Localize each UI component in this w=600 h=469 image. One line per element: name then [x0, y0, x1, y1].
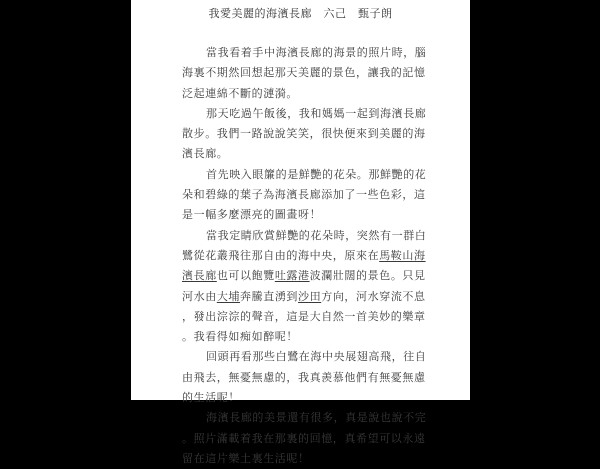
paragraph-4-text: 也可以飽覽	[217, 269, 275, 282]
paragraph-1: 當我看着手中海濱長廊的海景的照片時，腦海裏不期然回想起那天美麗的景色，讓我的記憶…	[182, 43, 428, 104]
place-name-tolo-harbour: 吐露港	[275, 269, 310, 282]
essay-body: 當我看着手中海濱長廊的海景的照片時，腦海裏不期然回想起那天美麗的景色，讓我的記憶…	[182, 43, 428, 400]
place-name-tai-po: 大埔	[217, 290, 240, 303]
paragraph-4-text: 奔騰直湧到	[240, 290, 298, 303]
document-page: 我愛美麗的海濱長廊 六己 甄子朗 當我看着手中海濱長廊的海景的照片時，腦海裏不期…	[131, 0, 470, 400]
paragraph-5: 回頭再看那些白鷺在海中央展翅高飛，往自由飛去，無憂無慮的，我真羨慕他們有無憂無慮…	[182, 347, 428, 400]
paragraph-4: 當我定睛欣賞鮮艷的花朵時，突然有一群白鷺從花叢飛往那自由的海中央，原來在馬鞍山海…	[182, 226, 428, 348]
paragraph-2: 那天吃過午飯後，我和媽媽一起到海濱長廊散步。我們一路說說笑笑，很快便來到美麗的海…	[182, 104, 428, 165]
essay-title: 我愛美麗的海濱長廊 六己 甄子朗	[131, 7, 470, 21]
paragraph-3: 首先映入眼簾的是鮮艷的花朵。那鮮艷的花朵和碧綠的葉子為海濱長廊添加了一些色彩，這…	[182, 165, 428, 226]
place-name-sha-tin: 沙田	[298, 290, 321, 303]
